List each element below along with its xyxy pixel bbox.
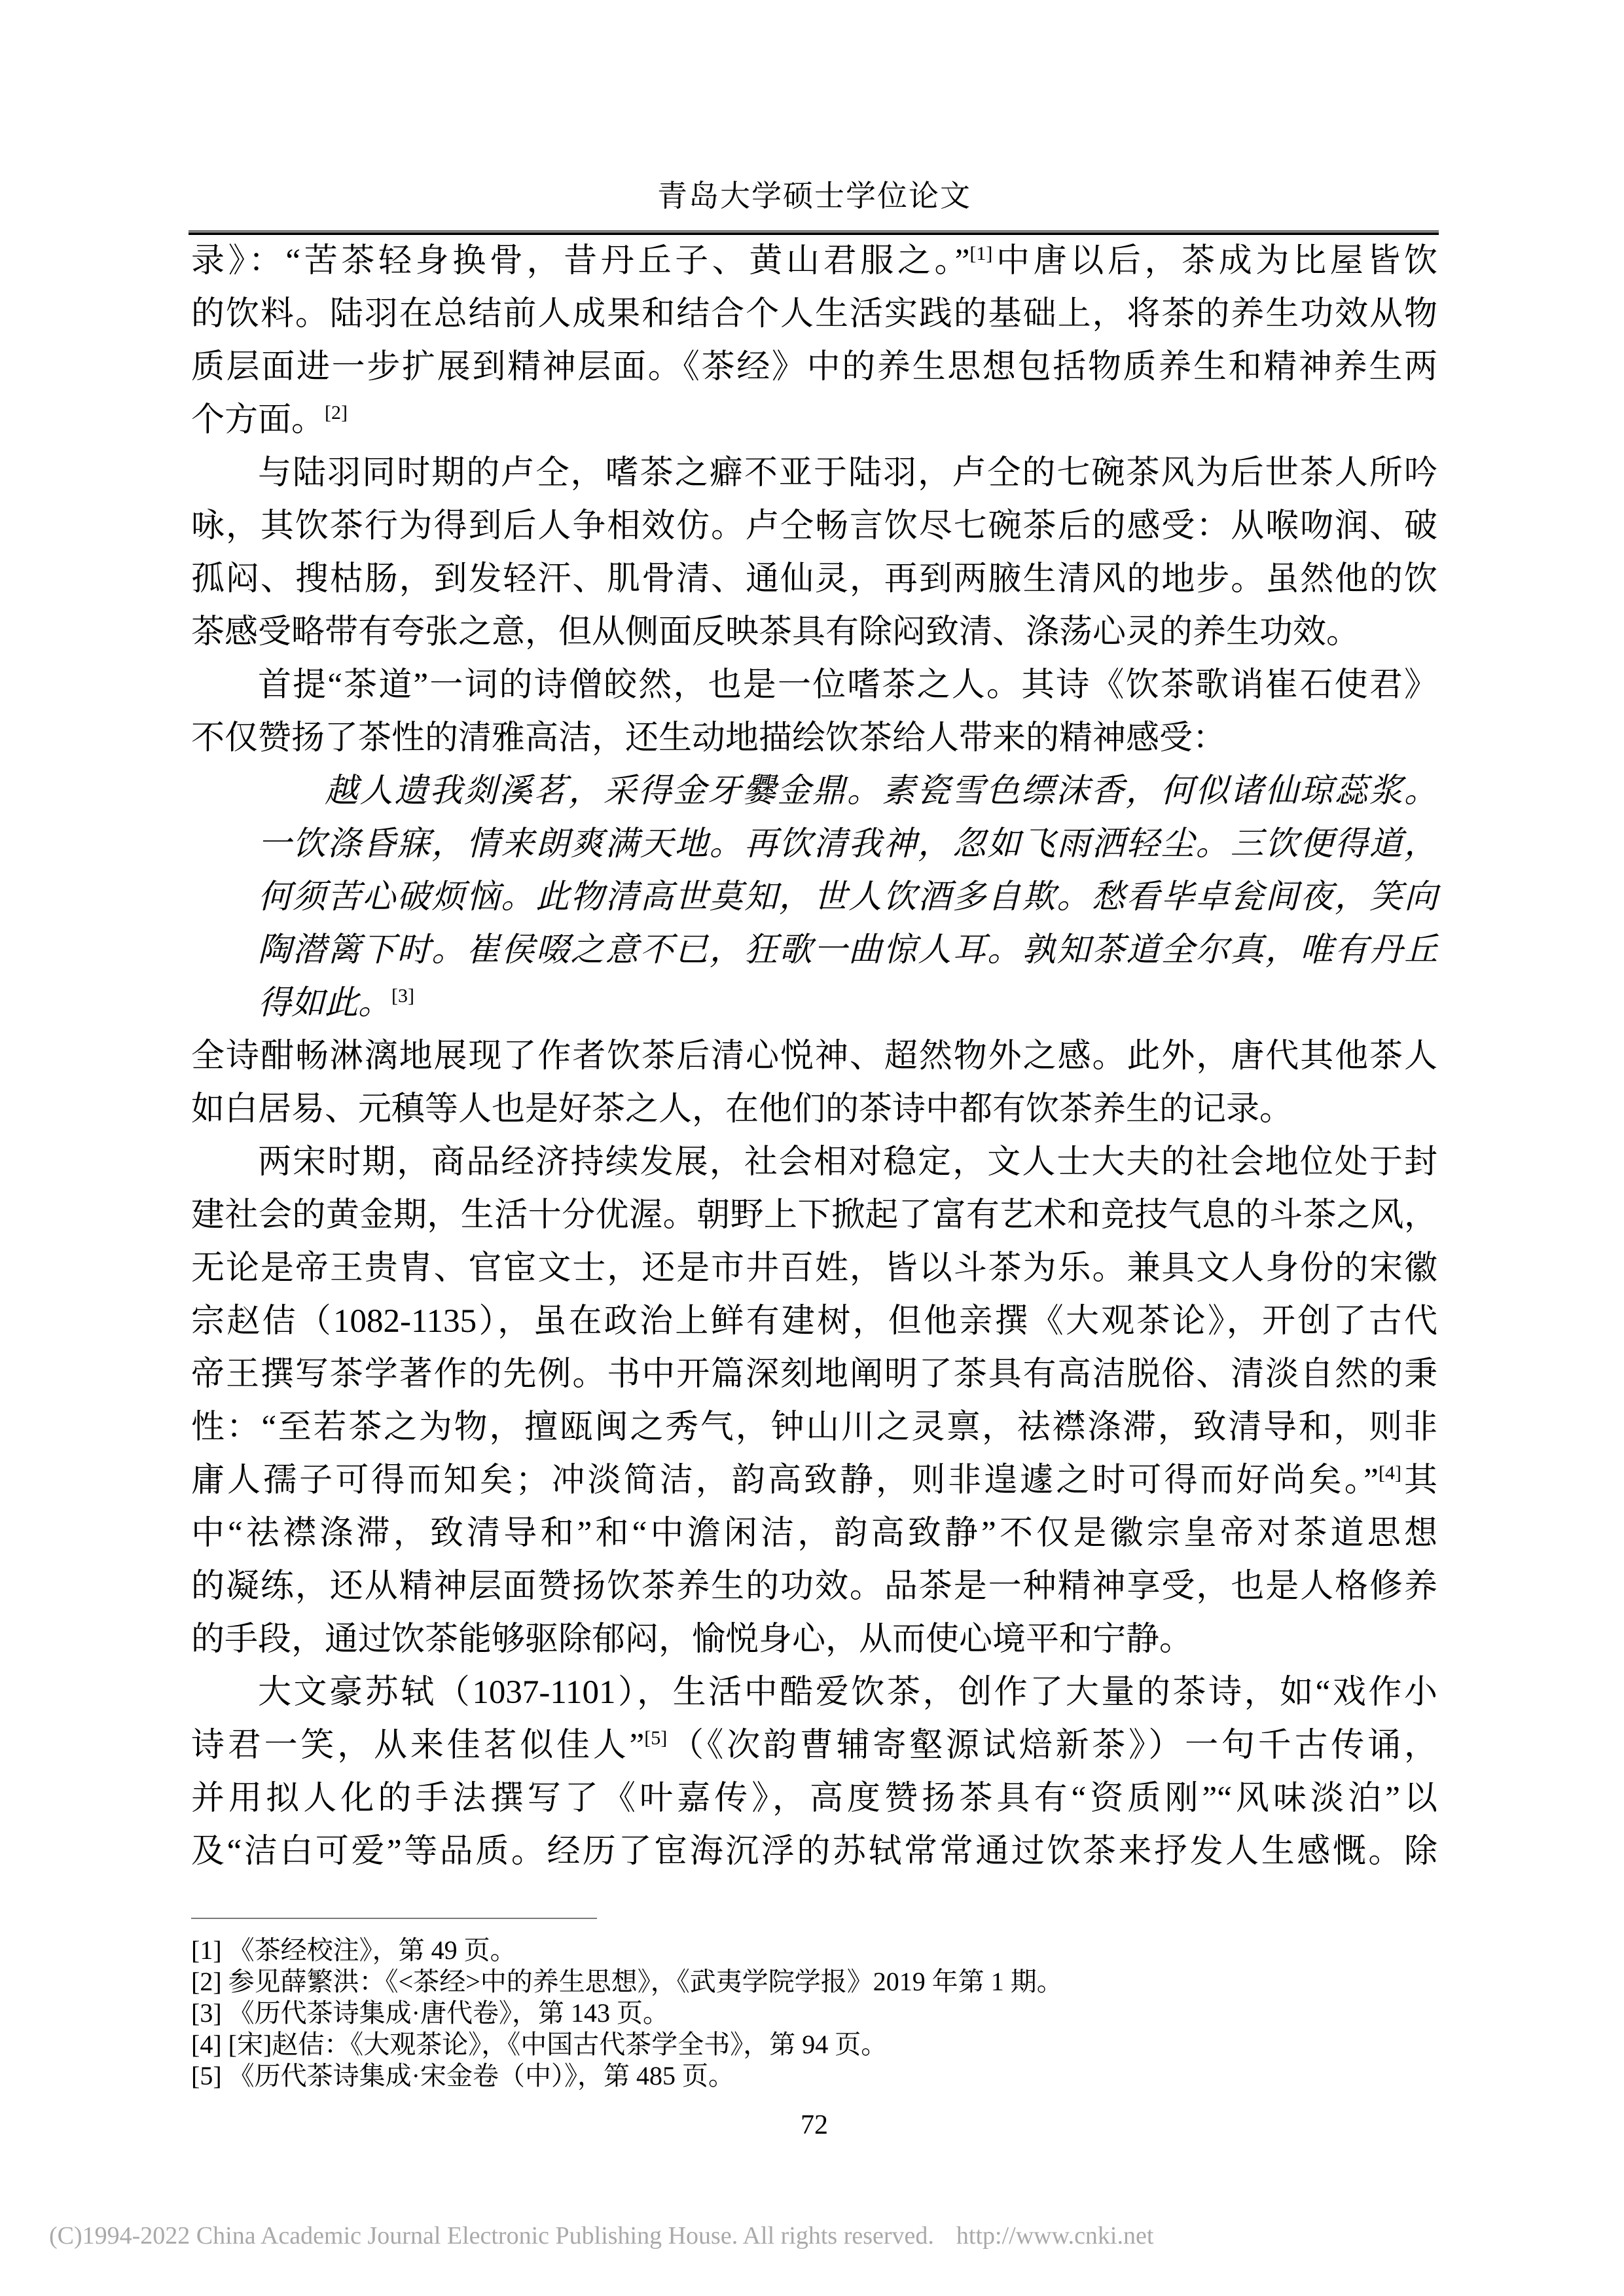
text-run: 宗赵佶（1082-1135），虽在政治上鲜有建树，但他亲撰《大观茶论》，开创了古… <box>191 1303 1437 1340</box>
text-run: 全诗酣畅淋漓地展现了作者饮茶后清心悦神、超然物外之感。此外，唐代其他茶人 <box>191 1038 1437 1075</box>
footnote-separator <box>191 1918 597 1919</box>
footnote-ref: [5] <box>644 1727 667 1749</box>
text-run: 中“祛襟涤滞，致清导和”和“中澹闲洁，韵高致静”不仅是徽宗皇帝对茶道思想 <box>191 1515 1437 1552</box>
text-line: 诗君一笑，从来佳茗似佳人”[5]（《次韵曹辅寄壑源试焙新茶》）一句千古传诵， <box>191 1719 1437 1772</box>
text-run: 与陆羽同时期的卢仝，嗜茶之癖不亚于陆羽，卢仝的七碗茶风为后世茶人所吟 <box>258 455 1437 492</box>
text-line: 陶潜篱下时。崔侯啜之意不已，狂歌一曲惊人耳。孰知茶道全尔真，唯有丹丘 <box>191 924 1437 977</box>
text-run: 其 <box>1401 1462 1437 1499</box>
page-header-title: 青岛大学硕士学位论文 <box>191 177 1437 216</box>
header-rule-thin <box>189 230 1439 232</box>
footnote-item: [4] [宋]赵佶：《大观茶论》，《中国古代茶学全书》，第 94 页。 <box>191 2029 1437 2060</box>
text-run: 越人遗我剡溪茗，采得金牙爨金鼎。素瓷雪色缥沫香，何似诸仙琼蕊浆。 <box>325 773 1437 810</box>
text-line: 的凝练，还从精神层面赞扬饮茶养生的功效。品茶是一种精神享受，也是人格修养 <box>191 1560 1437 1613</box>
text-line: 性：“至若茶之为物，擅瓯闽之秀气，钟山川之灵禀，祛襟涤滞，致清导和，则非 <box>191 1401 1437 1454</box>
text-line: 不仅赞扬了茶性的清雅高洁，还生动地描绘饮茶给人带来的精神感受： <box>191 712 1437 765</box>
footnote-ref: [4] <box>1379 1462 1401 1484</box>
page-number: 72 <box>191 2108 1437 2143</box>
text-line: 中“祛襟涤滞，致清导和”和“中澹闲洁，韵高致静”不仅是徽宗皇帝对茶道思想 <box>191 1507 1437 1560</box>
text-line: 两宋时期，商品经济持续发展，社会相对稳定，文人士大夫的社会地位处于封 <box>191 1136 1437 1189</box>
text-line: 一饮涤昏寐，情来朗爽满天地。再饮清我神，忽如飞雨洒轻尘。三饮便得道， <box>191 818 1437 871</box>
text-run: 并用拟人化的手法撰写了《叶嘉传》，高度赞扬茶具有“资质刚”“风味淡泊”以 <box>191 1780 1437 1817</box>
watermark-copyright: (C)1994-2022 China Academic Journal Elec… <box>49 2222 934 2250</box>
text-line: 咏，其饮茶行为得到后人争相效仿。卢仝畅言饮尽七碗茶后的感受：从喉吻润、破 <box>191 500 1437 553</box>
watermark: (C)1994-2022 China Academic Journal Elec… <box>49 2220 1574 2251</box>
text-run: 的凝练，还从精神层面赞扬饮茶养生的功效。品茶是一种精神享受，也是人格修养 <box>191 1568 1437 1605</box>
text-run: 大文豪苏轼（1037-1101），生活中酷爱饮茶，创作了大量的茶诗，如“戏作小 <box>258 1674 1437 1711</box>
footnote-ref: [1] <box>969 243 992 264</box>
text-run: 不仅赞扬了茶性的清雅高洁，还生动地描绘饮茶给人带来的精神感受： <box>191 720 1226 757</box>
text-run: 中唐以后，茶成为比屋皆饮 <box>992 243 1437 279</box>
text-line: 录》：“苦茶轻身换骨，昔丹丘子、黄山君服之。”[1]中唐以后，茶成为比屋皆饮 <box>191 235 1437 288</box>
text-line: 建社会的黄金期，生活十分优渥。朝野上下掀起了富有艺术和竞技气息的斗茶之风， <box>191 1189 1437 1242</box>
text-run: 何须苦心破烦恼。此物清高世莫知，世人饮酒多自欺。愁看毕卓瓮间夜，笑向 <box>258 879 1437 916</box>
text-run: 两宋时期，商品经济持续发展，社会相对稳定，文人士大夫的社会地位处于封 <box>258 1144 1437 1181</box>
watermark-url: http://www.cnki.net <box>956 2222 1154 2250</box>
text-line: 及“洁白可爱”等品质。经历了宦海沉浮的苏轼常常通过饮茶来抒发人生感慨。除 <box>191 1825 1437 1878</box>
footnote-ref: [2] <box>325 402 348 423</box>
text-line: 越人遗我剡溪茗，采得金牙爨金鼎。素瓷雪色缥沫香，何似诸仙琼蕊浆。 <box>191 765 1437 818</box>
text-run: 一饮涤昏寐，情来朗爽满天地。再饮清我神，忽如飞雨洒轻尘。三饮便得道， <box>258 826 1437 863</box>
footnote-item: [2] 参见薛繁洪：《<茶经>中的养生思想》，《武夷学院学报》2019 年第 1… <box>191 1966 1437 1998</box>
text-line: 质层面进一步扩展到精神层面。《茶经》中的养生思想包括物质养生和精神养生两 <box>191 341 1437 394</box>
text-line: 宗赵佶（1082-1135），虽在政治上鲜有建树，但他亲撰《大观茶论》，开创了古… <box>191 1295 1437 1348</box>
header-rule <box>189 230 1439 235</box>
text-run: （《次韵曹辅寄壑源试焙新茶》）一句千古传诵， <box>667 1727 1437 1764</box>
text-run: 如白居易、元稹等人也是好茶之人，在他们的茶诗中都有饮茶养生的记录。 <box>191 1091 1293 1128</box>
footnote-item: [1] 《茶经校注》，第 49 页。 <box>191 1935 1437 1966</box>
text-run: 帝王撰写茶学著作的先例。书中开篇深刻地阐明了茶具有高洁脱俗、清淡自然的秉 <box>191 1356 1437 1393</box>
text-run: 性：“至若茶之为物，擅瓯闽之秀气，钟山川之灵禀，祛襟涤滞，致清导和，则非 <box>191 1409 1437 1446</box>
text-run: 及“洁白可爱”等品质。经历了宦海沉浮的苏轼常常通过饮茶来抒发人生感慨。除 <box>191 1833 1437 1870</box>
text-line: 庸人孺子可得而知矣；冲淡简洁，韵高致静，则非遑遽之时可得而好尚矣。”[4]其 <box>191 1454 1437 1507</box>
text-run: 录》：“苦茶轻身换骨，昔丹丘子、黄山君服之。” <box>191 243 969 279</box>
text-run: 质层面进一步扩展到精神层面。《茶经》中的养生思想包括物质养生和精神养生两 <box>191 349 1437 386</box>
text-line: 首提“茶道”一词的诗僧皎然，也是一位嗜茶之人。其诗《饮茶歌诮崔石使君》 <box>191 659 1437 712</box>
text-line: 的手段，通过饮茶能够驱除郁闷，愉悦身心，从而使心境平和宁静。 <box>191 1613 1437 1666</box>
text-run: 诗君一笑，从来佳茗似佳人” <box>191 1727 644 1764</box>
text-line: 大文豪苏轼（1037-1101），生活中酷爱饮茶，创作了大量的茶诗，如“戏作小 <box>191 1666 1437 1719</box>
text-run: 咏，其饮茶行为得到后人争相效仿。卢仝畅言饮尽七碗茶后的感受：从喉吻润、破 <box>191 508 1437 545</box>
text-line: 孤闷、搜枯肠，到发轻汗、肌骨清、通仙灵，再到两腋生清风的地步。虽然他的饮 <box>191 553 1437 606</box>
footnote-item: [5] 《历代茶诗集成·宋金卷（中）》，第 485 页。 <box>191 2060 1437 2092</box>
text-line: 与陆羽同时期的卢仝，嗜茶之癖不亚于陆羽，卢仝的七碗茶风为后世茶人所吟 <box>191 447 1437 500</box>
body-text: 录》：“苦茶轻身换骨，昔丹丘子、黄山君服之。”[1]中唐以后，茶成为比屋皆饮的饮… <box>191 235 1437 1878</box>
text-run: 首提“茶道”一词的诗僧皎然，也是一位嗜茶之人。其诗《饮茶歌诮崔石使君》 <box>258 667 1437 704</box>
text-run: 孤闷、搜枯肠，到发轻汗、肌骨清、通仙灵，再到两腋生清风的地步。虽然他的饮 <box>191 561 1437 598</box>
text-run: 建社会的黄金期，生活十分优渥。朝野上下掀起了富有艺术和竞技气息的斗茶之风， <box>191 1197 1437 1234</box>
text-line: 个方面。[2] <box>191 394 1437 447</box>
text-run: 无论是帝王贵胄、官宦文士，还是市井百姓，皆以斗茶为乐。兼具文人身份的宋徽 <box>191 1250 1437 1287</box>
footnotes: [1] 《茶经校注》，第 49 页。[2] 参见薛繁洪：《<茶经>中的养生思想》… <box>191 1935 1437 2092</box>
text-line: 何须苦心破烦恼。此物清高世莫知，世人饮酒多自欺。愁看毕卓瓮间夜，笑向 <box>191 871 1437 924</box>
text-run: 茶感受略带有夸张之意，但从侧面反映茶具有除闷致清、涤荡心灵的养生功效。 <box>191 614 1360 651</box>
text-run: 的手段，通过饮茶能够驱除郁闷，愉悦身心，从而使心境平和宁静。 <box>191 1621 1193 1658</box>
text-line: 茶感受略带有夸张之意，但从侧面反映茶具有除闷致清、涤荡心灵的养生功效。 <box>191 606 1437 659</box>
text-line: 并用拟人化的手法撰写了《叶嘉传》，高度赞扬茶具有“资质刚”“风味淡泊”以 <box>191 1772 1437 1825</box>
thesis-page: 青岛大学硕士学位论文 录》：“苦茶轻身换骨，昔丹丘子、黄山君服之。”[1]中唐以… <box>0 0 1624 2296</box>
footnote-ref: [3] <box>391 985 414 1007</box>
text-run: 的饮料。陆羽在总结前人成果和结合个人生活实践的基础上，将茶的养生功效从物 <box>191 296 1437 332</box>
text-run: 得如此。 <box>258 985 391 1022</box>
text-line: 无论是帝王贵胄、官宦文士，还是市井百姓，皆以斗茶为乐。兼具文人身份的宋徽 <box>191 1242 1437 1295</box>
text-line: 帝王撰写茶学著作的先例。书中开篇深刻地阐明了茶具有高洁脱俗、清淡自然的秉 <box>191 1348 1437 1401</box>
text-line: 的饮料。陆羽在总结前人成果和结合个人生活实践的基础上，将茶的养生功效从物 <box>191 288 1437 341</box>
text-line: 得如此。[3] <box>191 977 1437 1030</box>
text-line: 如白居易、元稹等人也是好茶之人，在他们的茶诗中都有饮茶养生的记录。 <box>191 1083 1437 1136</box>
text-run: 庸人孺子可得而知矣；冲淡简洁，韵高致静，则非遑遽之时可得而好尚矣。” <box>191 1462 1379 1499</box>
footnote-item: [3] 《历代茶诗集成·唐代卷》，第 143 页。 <box>191 1998 1437 2029</box>
text-run: 陶潜篱下时。崔侯啜之意不已，狂歌一曲惊人耳。孰知茶道全尔真，唯有丹丘 <box>258 932 1437 969</box>
text-line: 全诗酣畅淋漓地展现了作者饮茶后清心悦神、超然物外之感。此外，唐代其他茶人 <box>191 1030 1437 1083</box>
text-run: 个方面。 <box>191 402 325 439</box>
